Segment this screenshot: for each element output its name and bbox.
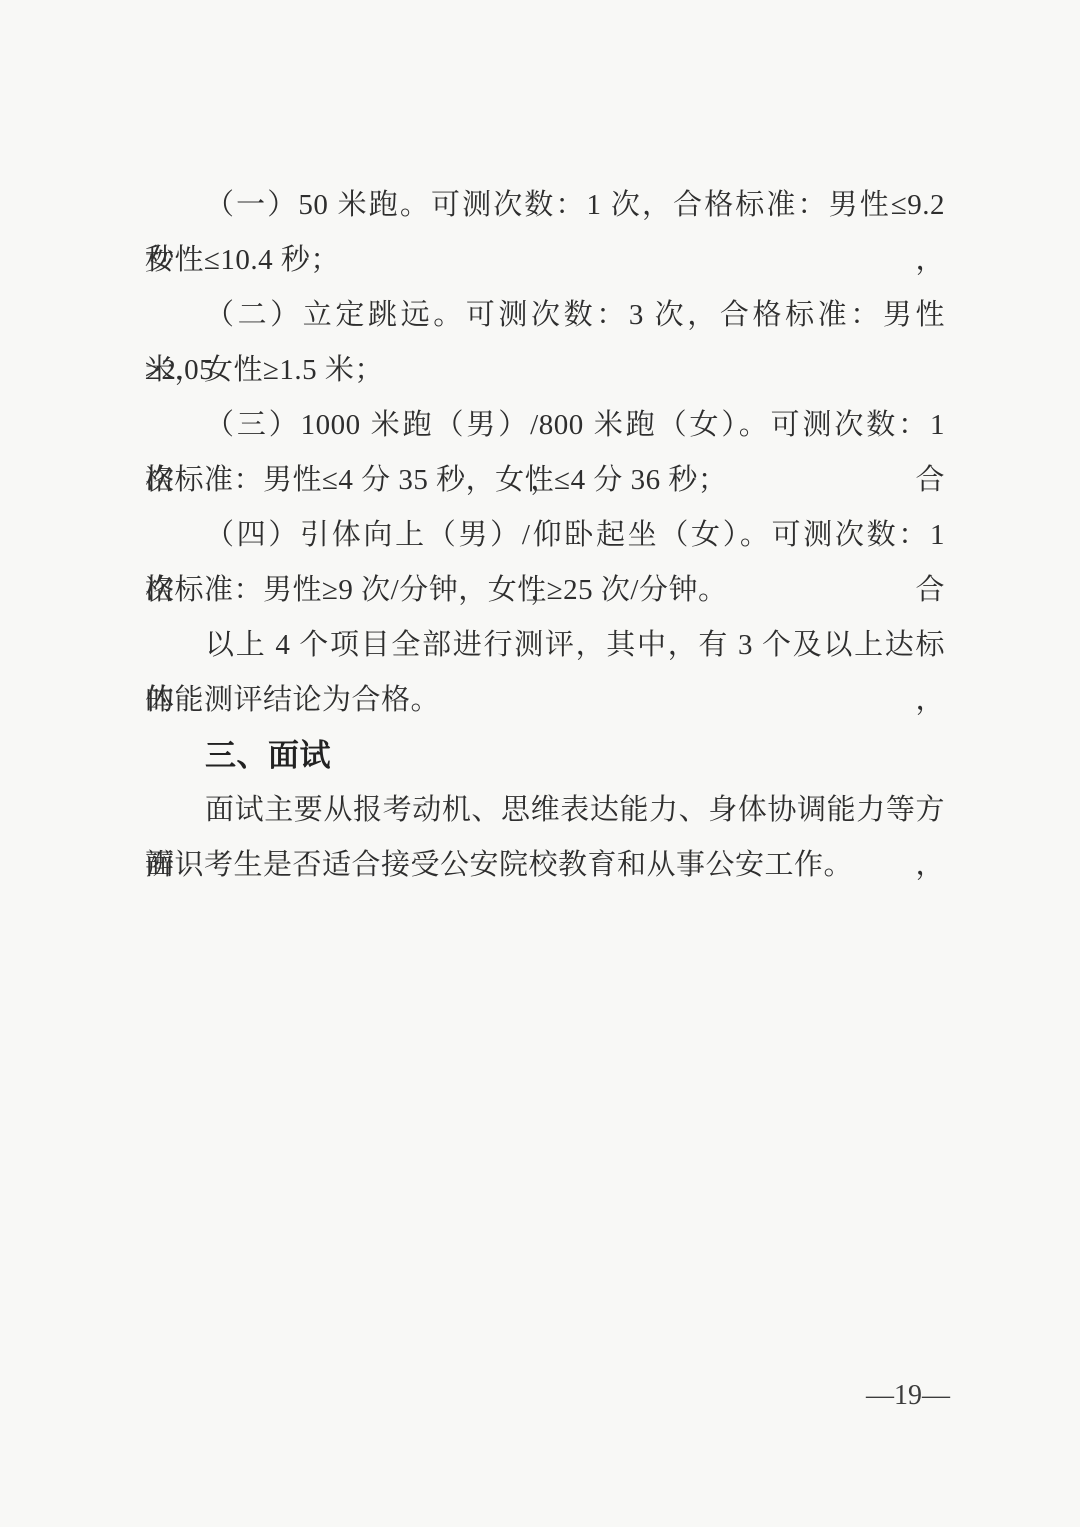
para-6-line-1: 面试主要从报考动机、思维表达能力、身体协调能力等方面， xyxy=(145,783,945,838)
para-6-line-2: 辨识考生是否适合接受公安院校教育和从事公安工作。 xyxy=(145,838,945,893)
section-heading-interview: 三、面试 xyxy=(145,728,945,783)
para-4-line-1: （四）引体向上（男）/仰卧起坐（女）。可测次数：1 次，合 xyxy=(145,508,945,563)
para-1-line-1: （一）50 米跑。可测次数：1 次，合格标准：男性≤9.2 秒， xyxy=(145,178,945,233)
para-2-line-2: 米，女性≥1.5 米； xyxy=(145,343,945,398)
page-number: —19— xyxy=(866,1368,950,1423)
document-page: （一）50 米跑。可测次数：1 次，合格标准：男性≤9.2 秒， 女性≤10.4… xyxy=(0,0,1080,1527)
para-5-line-1: 以上 4 个项目全部进行测评，其中，有 3 个及以上达标的， xyxy=(145,618,945,673)
document-body: （一）50 米跑。可测次数：1 次，合格标准：男性≤9.2 秒， 女性≤10.4… xyxy=(145,178,945,893)
para-3-line-1: （三）1000 米跑（男）/800 米跑（女）。可测次数：1 次，合 xyxy=(145,398,945,453)
para-2-line-1: （二）立定跳远。可测次数：3 次，合格标准：男性≥2.05 xyxy=(145,288,945,343)
